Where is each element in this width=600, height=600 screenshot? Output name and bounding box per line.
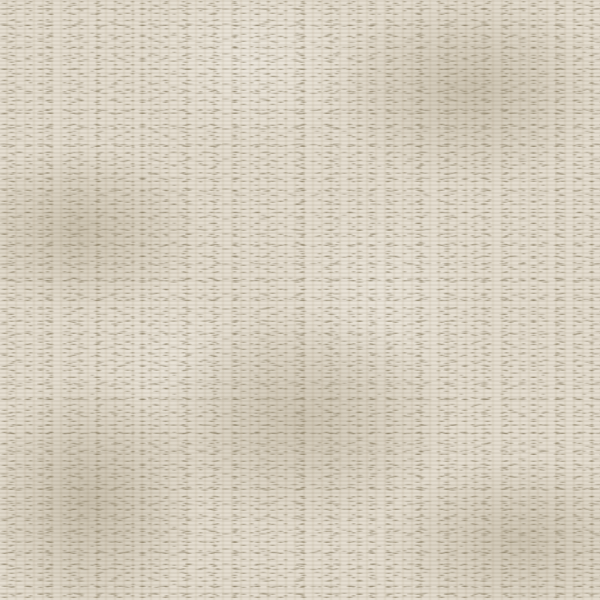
- fabric-texture: [0, 0, 600, 600]
- speckle-layer-secondary: [0, 0, 600, 600]
